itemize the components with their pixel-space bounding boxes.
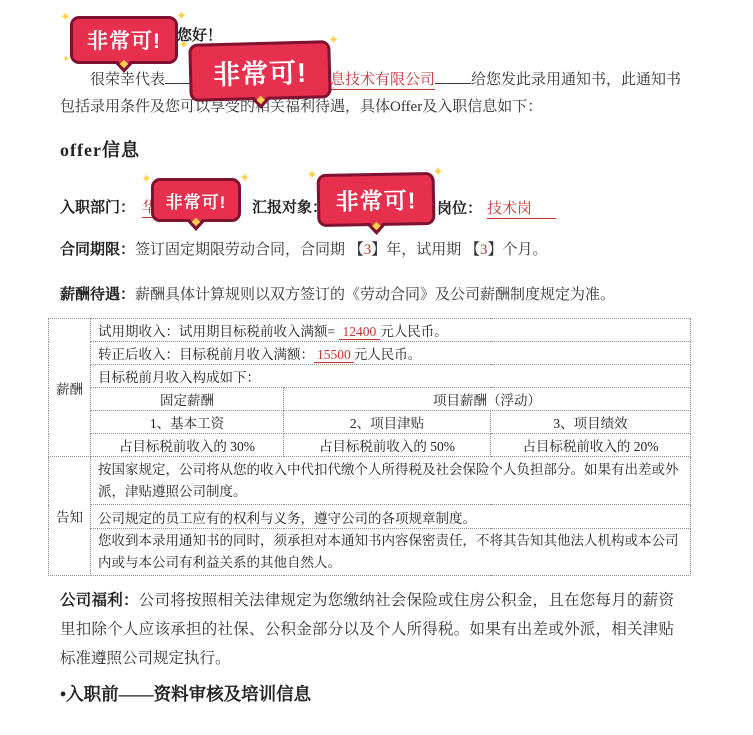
- redaction-sticker-label: 非常可!: [166, 188, 227, 213]
- salary-pct-3: 占目标税前收入的 20%: [491, 434, 691, 457]
- redaction-sticker: ✦ 非常可! ✦: [151, 178, 241, 222]
- offer-letter-document: 您好！ 很荣幸代表息技术有限公司给您发此录用通知书，此通知书 包括录用条件及您可…: [0, 0, 753, 735]
- salary-pct-2: 占目标税前收入的 50%: [284, 434, 491, 457]
- probation-suffix: 元人民币。: [380, 324, 448, 339]
- floating-salary-header: 项目薪酬（浮动）: [284, 388, 691, 411]
- contract-months-value: 3: [480, 242, 488, 258]
- table-row: 告知 按国家规定，公司将从您的收入中代扣代缴个人所得税及社会保险个人负担部分。如…: [49, 457, 691, 505]
- contract-label: 合同期限：: [60, 242, 135, 258]
- regular-income-cell: 转正后收入：目标税前月收入满额：15500元人民币。: [91, 342, 691, 365]
- sparkle-icon: ✦: [141, 172, 152, 185]
- notice-item-2: 公司规定的员工应有的权利与义务，遵守公司的各项规章制度。: [91, 505, 691, 529]
- contract-term-line: 合同期限：签订固定期限劳动合同，合同期 【3】年，试用期 【3】个月。: [60, 238, 548, 259]
- sparkle-icon: ✦: [178, 38, 189, 51]
- redaction-sticker-label: 非常可!: [87, 25, 161, 55]
- redaction-sticker: ✦ 非常可! ✦: [188, 40, 331, 102]
- intro-suffix: 给您发此录用通知书，此通知书: [471, 72, 681, 88]
- sparkle-icon: ✦: [176, 9, 187, 22]
- notice-item-1: 按国家规定，公司将从您的收入中代扣代缴个人所得税及社会保险个人负担部分。如果有出…: [91, 457, 691, 505]
- department-label: 入职部门：: [60, 196, 135, 217]
- intro-paragraph: 很荣幸代表息技术有限公司给您发此录用通知书，此通知书 包括录用条件及您可以享受的…: [60, 67, 708, 121]
- regular-prefix: 转正后收入：目标税前月收入满额：: [98, 347, 314, 362]
- salary-item-1: 1、基本工资: [91, 411, 284, 434]
- salary-row-group-label: 薪酬: [49, 319, 91, 457]
- sparkle-icon: ✦: [62, 55, 70, 65]
- contract-text: 】个月。: [488, 242, 548, 258]
- redaction-sticker: ✦ 非常可! ✦: [317, 172, 436, 227]
- company-name-text: 息技术有限公司: [330, 72, 435, 90]
- composition-title-cell: 目标税前月收入构成如下：: [91, 365, 691, 388]
- redaction-sticker-label: 非常可!: [213, 50, 308, 91]
- table-row: 薪酬 试用期收入：试用期目标税前收入满额= 12400元人民币。: [49, 319, 691, 342]
- table-row: 目标税前月收入构成如下：: [49, 365, 691, 388]
- blank-underline: [435, 68, 471, 84]
- contract-text: 签订固定期限劳动合同，合同期 【: [135, 242, 364, 258]
- sparkle-icon: ✦: [306, 168, 317, 181]
- fixed-salary-header: 固定薪酬: [91, 388, 284, 411]
- salary-note-text: 薪酬具体计算规则以双方签订的《劳动合同》及公司薪酬制度规定为准。: [135, 287, 615, 303]
- salary-item-2: 2、项目津贴: [284, 411, 491, 434]
- salary-pct-1: 占目标税前收入的 30%: [91, 434, 284, 457]
- sparkle-icon: ✦: [60, 10, 71, 23]
- contract-text: 】年，试用期 【: [371, 242, 480, 258]
- position-label: 岗位：: [437, 197, 482, 218]
- redaction-sticker-label: 非常可!: [335, 182, 416, 216]
- probation-income-cell: 试用期收入：试用期目标税前收入满额= 12400元人民币。: [91, 319, 691, 342]
- benefits-paragraph: 公司福利：公司将按照相关法律规定为您缴纳社会保险或住房公积金，且在您每月的薪资里…: [60, 586, 674, 673]
- sparkle-icon: ✦: [239, 171, 250, 184]
- table-row: 公司规定的员工应有的权利与义务，遵守公司的各项规章制度。: [49, 505, 691, 529]
- notice-item-3: 您收到本录用通知书的同时，须承担对本通知书内容保密责任，不将其告知其他法人机构或…: [91, 529, 691, 576]
- report-to-label: 汇报对象：: [252, 196, 327, 217]
- table-row: 转正后收入：目标税前月收入满额：15500元人民币。: [49, 342, 691, 365]
- table-row: 您收到本录用通知书的同时，须承担对本通知书内容保密责任，不将其告知其他法人机构或…: [49, 529, 691, 576]
- sparkle-icon: ✦: [433, 165, 444, 178]
- sparkle-icon: ✦: [328, 33, 339, 46]
- notice-row-group-label: 告知: [49, 457, 91, 576]
- offer-section-heading: offer信息: [60, 136, 140, 162]
- table-row: 占目标税前收入的 30% 占目标税前收入的 50% 占目标税前收入的 20%: [49, 434, 691, 457]
- regular-amount: 15500: [314, 347, 354, 363]
- intro-prefix: 很荣幸代表: [60, 72, 165, 88]
- intro-line-2: 包括录用条件及您可以享受的相关福利待遇，具体Offer及入职信息如下：: [60, 94, 708, 121]
- benefits-label: 公司福利：: [60, 592, 139, 609]
- intro-line-1: 很荣幸代表息技术有限公司给您发此录用通知书，此通知书: [60, 67, 708, 94]
- salary-table: 薪酬 试用期收入：试用期目标税前收入满额= 12400元人民币。 转正后收入：目…: [48, 318, 691, 576]
- table-row: 1、基本工资 2、项目津贴 3、项目绩效: [49, 411, 691, 434]
- salary-note-line: 薪酬待遇：薪酬具体计算规则以双方签订的《劳动合同》及公司薪酬制度规定为准。: [60, 283, 615, 304]
- salary-note-label: 薪酬待遇：: [60, 287, 135, 303]
- regular-suffix: 元人民币。: [354, 347, 422, 362]
- pre-onboarding-section-heading: •入职前——资料审核及培训信息: [60, 681, 311, 706]
- benefits-text: 公司将按照相关法律规定为您缴纳社会保险或住房公积金，且在您每月的薪资里扣除个人应…: [60, 592, 674, 667]
- probation-amount: 12400: [339, 324, 381, 340]
- salary-item-3: 3、项目绩效: [491, 411, 691, 434]
- table-row: 固定薪酬 项目薪酬（浮动）: [49, 388, 691, 411]
- probation-prefix: 试用期收入：试用期目标税前收入满额=: [98, 324, 335, 339]
- position-value: 技术岗: [487, 197, 556, 219]
- redaction-sticker: ✦ 非常可! ✦ ✦: [70, 16, 178, 64]
